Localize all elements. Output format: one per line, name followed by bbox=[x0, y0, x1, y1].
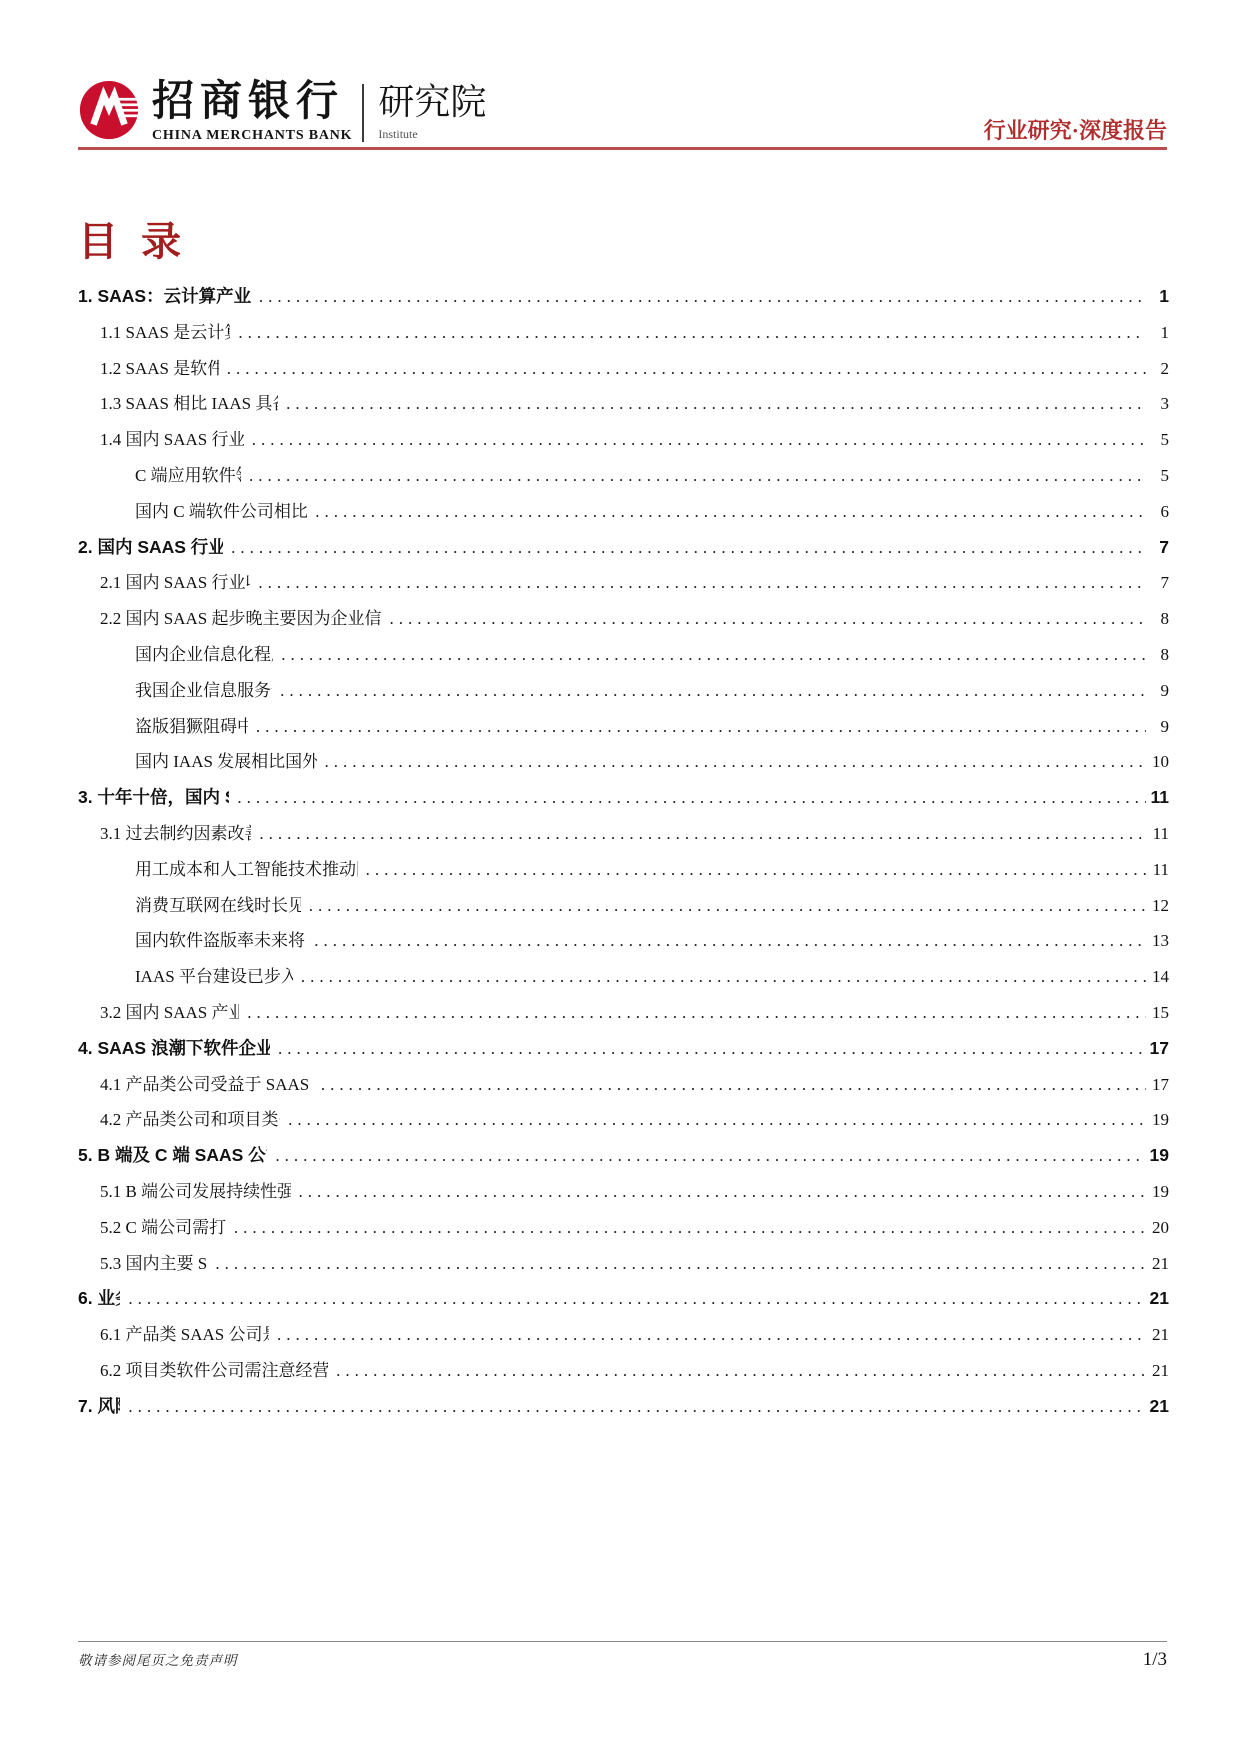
dot-leader bbox=[128, 1389, 1144, 1425]
toc-entry-page: 5 bbox=[1151, 458, 1169, 494]
toc-title: 目 录 bbox=[78, 222, 187, 262]
toc-entry-label: 消费互联网在线时长见顶，更多资金人才关注产业互联网 bbox=[135, 888, 301, 924]
dot-leader bbox=[238, 315, 1146, 351]
toc-entry[interactable]: 1.4 国内 SAAS 行业主要机会集中在 TO B 领域5 bbox=[78, 422, 1169, 458]
toc-entry-label: 1.1 SAAS 是云计算产业中 IAAS 层的下游 bbox=[100, 315, 230, 351]
toc-entry[interactable]: 3.2 国内 SAAS 产业空间巨大，十年或将十倍15 bbox=[78, 995, 1169, 1031]
toc-entry-label: 6.2 项目类软件公司需注意经营风险，优选和核心 SAAS 企业合作深入的公司合… bbox=[100, 1353, 328, 1389]
toc-entry-page: 6 bbox=[1151, 494, 1169, 530]
toc-entry[interactable]: 4.2 产品类公司和项目类公司可通过毛利率和研发投入率判断19 bbox=[78, 1102, 1169, 1138]
toc-entry-label: 7. 风险提示 bbox=[78, 1389, 120, 1425]
toc-list: 1. SAAS：云计算产业下游，软件行业发展的必经之路11.1 SAAS 是云计… bbox=[78, 279, 1169, 1425]
toc-entry-label: 5.2 C 端公司需打磨产品，培养用户习惯 bbox=[100, 1210, 226, 1246]
toc-entry-page: 8 bbox=[1151, 637, 1169, 673]
toc-entry-page: 19 bbox=[1150, 1138, 1169, 1174]
page-header: 招商银行 CHINA MERCHANTS BANK 研究院 Institute … bbox=[78, 74, 1167, 146]
toc-entry[interactable]: IAAS 平台建设已步入收获期，新基建政策是长期保障14 bbox=[78, 959, 1169, 995]
toc-entry-label: C 端应用软件领域有限，赢家通吃 bbox=[135, 458, 241, 494]
toc-entry-page: 11 bbox=[1151, 780, 1170, 816]
dot-leader bbox=[309, 888, 1146, 924]
toc-entry[interactable]: 1.2 SAAS 是软件行业发展的高级阶段2 bbox=[78, 351, 1169, 387]
toc-entry-page: 2 bbox=[1151, 351, 1169, 387]
toc-entry-label: 1.4 国内 SAAS 行业主要机会集中在 TO B 领域 bbox=[100, 422, 244, 458]
toc-entry-page: 20 bbox=[1151, 1210, 1169, 1246]
dot-leader bbox=[247, 995, 1146, 1031]
dot-leader bbox=[280, 673, 1146, 709]
toc-entry-page: 1 bbox=[1151, 315, 1169, 351]
toc-entry[interactable]: 消费互联网在线时长见顶，更多资金人才关注产业互联网12 bbox=[78, 888, 1169, 924]
toc-entry[interactable]: 用工成本和人工智能技术推动国内企业信息化程度长期持续提升，疫情是加速因素11 bbox=[78, 852, 1169, 888]
toc-entry-page: 10 bbox=[1151, 744, 1169, 780]
report-type-label: 行业研究·深度报告 bbox=[984, 114, 1167, 146]
footer-disclaimer: 敬请参阅尾页之免责声明 bbox=[78, 1649, 238, 1669]
dot-leader bbox=[286, 386, 1146, 422]
dot-leader bbox=[237, 780, 1145, 816]
toc-entry[interactable]: 国内软件盗版率未来将长期下降，知识产权保护是核心助力13 bbox=[78, 923, 1169, 959]
toc-entry[interactable]: 1. SAAS：云计算产业下游，软件行业发展的必经之路1 bbox=[78, 279, 1169, 315]
dot-leader bbox=[314, 923, 1146, 959]
document-page: 招商银行 CHINA MERCHANTS BANK 研究院 Institute … bbox=[0, 0, 1241, 1755]
toc-entry-page: 14 bbox=[1151, 959, 1169, 995]
toc-entry-label: 3.2 国内 SAAS 产业空间巨大，十年或将十倍 bbox=[100, 995, 239, 1031]
dot-leader bbox=[366, 852, 1146, 888]
header-rule bbox=[78, 147, 1167, 150]
dot-leader bbox=[301, 959, 1146, 995]
toc-entry[interactable]: 1.3 SAAS 相比 IAAS 具备行业分散度高，且附加值高的特性3 bbox=[78, 386, 1169, 422]
toc-entry[interactable]: 3.1 过去制约因素改善，国内 SAAS 发展迎来转机11 bbox=[78, 816, 1169, 852]
dot-leader bbox=[325, 744, 1147, 780]
toc-entry-label: 4.1 产品类公司受益于 SAAS 化转型，项目类公司需加强和核心企业的合作 bbox=[100, 1067, 313, 1103]
bank-name-block: 招商银行 CHINA MERCHANTS BANK bbox=[152, 81, 352, 144]
footer-page-indicator: 1/3 bbox=[1143, 1649, 1167, 1671]
toc-entry[interactable]: 6.1 产品类 SAAS 公司是银行的长期优质战略性合作伙伴21 bbox=[78, 1317, 1169, 1353]
toc-entry-page: 21 bbox=[1151, 1246, 1169, 1282]
dot-leader bbox=[231, 530, 1146, 566]
toc-entry[interactable]: 6.2 项目类软件公司需注意经营风险，优选和核心 SAAS 企业合作深入的公司合… bbox=[78, 1353, 1169, 1389]
toc-entry-label: 4.2 产品类公司和项目类公司可通过毛利率和研发投入率判断 bbox=[100, 1102, 280, 1138]
bank-name-cn: 招商银行 bbox=[152, 81, 352, 123]
toc-entry-page: 21 bbox=[1151, 1317, 1169, 1353]
toc-entry-label: 国内软件盗版率未来将长期下降，知识产权保护是核心助力 bbox=[135, 923, 306, 959]
toc-entry[interactable]: 国内 C 端软件公司相比国外十分弱小，竞争力提升难度较大6 bbox=[78, 494, 1169, 530]
toc-entry-label: 4. SAAS 浪潮下软件企业将进一步分化，产品类公司更为受益 bbox=[78, 1031, 270, 1067]
dot-leader bbox=[390, 601, 1147, 637]
dot-leader bbox=[299, 1174, 1146, 1210]
toc-entry[interactable]: 国内 IAAS 发展相比国外落后至少五年，也阻碍了 SAAS 的发展10 bbox=[78, 744, 1169, 780]
toc-entry[interactable]: 盗版猖獗阻碍中小企业软件服务发展9 bbox=[78, 709, 1169, 745]
toc-entry-label: 1.3 SAAS 相比 IAAS 具备行业分散度高，且附加值高的特性 bbox=[100, 386, 278, 422]
institute-name-en: Institute bbox=[378, 127, 486, 142]
dot-leader bbox=[249, 458, 1146, 494]
toc-entry[interactable]: 4. SAAS 浪潮下软件企业将进一步分化，产品类公司更为受益17 bbox=[78, 1031, 1169, 1067]
toc-entry-label: IAAS 平台建设已步入收获期，新基建政策是长期保障 bbox=[135, 959, 293, 995]
toc-entry-label: 6.1 产品类 SAAS 公司是银行的长期优质战略性合作伙伴 bbox=[100, 1317, 269, 1353]
toc-entry-page: 21 bbox=[1150, 1281, 1169, 1317]
dot-leader bbox=[252, 422, 1146, 458]
institute-block: 研究院 Institute bbox=[378, 84, 486, 142]
toc-entry-label: 5.3 国内主要 SAAS 公司综合评价 bbox=[100, 1246, 207, 1282]
toc-entry[interactable]: 2.2 国内 SAAS 起步晚主要因为企业信息化程度低、BC 端软件企业发展慢以… bbox=[78, 601, 1169, 637]
toc-entry-page: 8 bbox=[1151, 601, 1169, 637]
toc-entry-label: 国内 C 端软件公司相比国外十分弱小，竞争力提升难度较大 bbox=[135, 494, 307, 530]
toc-entry[interactable]: 6. 业务建议21 bbox=[78, 1281, 1169, 1317]
institute-name-cn: 研究院 bbox=[378, 84, 486, 120]
toc-entry-page: 12 bbox=[1151, 888, 1169, 924]
dot-leader bbox=[215, 1246, 1146, 1282]
toc-entry-page: 9 bbox=[1151, 709, 1169, 745]
toc-entry-label: 5. B 端及 C 端 SAAS 公司具备不同发展特性，可多维度评价 bbox=[78, 1138, 267, 1174]
toc-entry-label: 我国企业信息服务领域相对消费领域滞后明显 bbox=[135, 673, 272, 709]
header-divider bbox=[362, 84, 364, 142]
toc-entry-page: 21 bbox=[1150, 1389, 1169, 1425]
toc-entry-page: 9 bbox=[1151, 673, 1169, 709]
toc-entry-page: 15 bbox=[1151, 995, 1169, 1031]
toc-entry-label: 用工成本和人工智能技术推动国内企业信息化程度长期持续提升，疫情是加速因素 bbox=[135, 852, 358, 888]
toc-entry[interactable]: 我国企业信息服务领域相对消费领域滞后明显9 bbox=[78, 673, 1169, 709]
toc-entry-label: 2.1 国内 SAAS 行业收入相比 IAAS 显著低于国外 bbox=[100, 565, 250, 601]
bank-name-en: CHINA MERCHANTS BANK bbox=[152, 128, 352, 144]
bank-brand: 招商银行 CHINA MERCHANTS BANK 研究院 Institute bbox=[78, 79, 486, 146]
toc-entry-page: 11 bbox=[1151, 852, 1169, 888]
toc-entry[interactable]: 5. B 端及 C 端 SAAS 公司具备不同发展特性，可多维度评价19 bbox=[78, 1138, 1169, 1174]
toc-entry[interactable]: 4.1 产品类公司受益于 SAAS 化转型，项目类公司需加强和核心企业的合作17 bbox=[78, 1067, 1169, 1103]
dot-leader bbox=[278, 1031, 1145, 1067]
toc-entry-label: 3.1 过去制约因素改善，国内 SAAS 发展迎来转机 bbox=[100, 816, 251, 852]
toc-entry[interactable]: 7. 风险提示21 bbox=[78, 1389, 1169, 1425]
toc-entry-page: 3 bbox=[1151, 386, 1169, 422]
toc-entry-page: 7 bbox=[1151, 565, 1169, 601]
toc-entry[interactable]: 1.1 SAAS 是云计算产业中 IAAS 层的下游1 bbox=[78, 315, 1169, 351]
dot-leader bbox=[275, 1138, 1144, 1174]
toc-entry-page: 19 bbox=[1151, 1102, 1169, 1138]
dot-leader bbox=[336, 1353, 1146, 1389]
dot-leader bbox=[234, 1210, 1146, 1246]
page-footer: 敬请参阅尾页之免责声明 1/3 bbox=[78, 1641, 1167, 1671]
toc-entry-label: 国内企业信息化程度低，IT 支出大幅低于国外 bbox=[135, 637, 273, 673]
toc-entry-page: 11 bbox=[1151, 816, 1169, 852]
toc-entry-label: 2.2 国内 SAAS 起步晚主要因为企业信息化程度低、BC 端软件企业发展慢以… bbox=[100, 601, 382, 637]
toc-entry-page: 7 bbox=[1151, 530, 1169, 566]
toc-entry[interactable]: 3. 十年十倍，国内 SAAS 发展将迎来黄金十年11 bbox=[78, 780, 1169, 816]
toc-entry-page: 21 bbox=[1151, 1353, 1169, 1389]
toc-entry-label: 1.2 SAAS 是软件行业发展的高级阶段 bbox=[100, 351, 219, 387]
toc-entry-page: 19 bbox=[1151, 1174, 1169, 1210]
toc-entry-label: 盗版猖獗阻碍中小企业软件服务发展 bbox=[135, 709, 248, 745]
dot-leader bbox=[259, 816, 1146, 852]
toc-entry[interactable]: 5.1 B 端公司发展持续性强，关键在产品线完善及 PAAS 平台建设19 bbox=[78, 1174, 1169, 1210]
dot-leader bbox=[277, 1317, 1146, 1353]
dot-leader bbox=[315, 494, 1146, 530]
dot-leader bbox=[258, 565, 1146, 601]
toc-entry[interactable]: 5.3 国内主要 SAAS 公司综合评价21 bbox=[78, 1246, 1169, 1282]
toc-entry-label: 2. 国内 SAAS 行业相比国外还处于发展初期 bbox=[78, 530, 223, 566]
toc-entry[interactable]: C 端应用软件领域有限，赢家通吃5 bbox=[78, 458, 1169, 494]
toc-entry-label: 5.1 B 端公司发展持续性强，关键在产品线完善及 PAAS 平台建设 bbox=[100, 1174, 291, 1210]
toc-entry-page: 17 bbox=[1150, 1031, 1169, 1067]
dot-leader bbox=[288, 1102, 1146, 1138]
toc-entry-page: 1 bbox=[1151, 279, 1169, 315]
dot-leader bbox=[256, 709, 1146, 745]
toc-entry-label: 国内 IAAS 发展相比国外落后至少五年，也阻碍了 SAAS 的发展 bbox=[135, 744, 317, 780]
dot-leader bbox=[321, 1067, 1146, 1103]
toc-entry-label: 1. SAAS：云计算产业下游，软件行业发展的必经之路 bbox=[78, 279, 251, 315]
dot-leader bbox=[227, 351, 1146, 387]
toc-entry-page: 13 bbox=[1151, 923, 1169, 959]
cmb-logo-icon bbox=[78, 79, 140, 146]
toc-entry[interactable]: 2.1 国内 SAAS 行业收入相比 IAAS 显著低于国外7 bbox=[78, 565, 1169, 601]
dot-leader bbox=[128, 1281, 1144, 1317]
toc-entry-label: 3. 十年十倍，国内 SAAS 发展将迎来黄金十年 bbox=[78, 780, 229, 816]
toc-entry-label: 6. 业务建议 bbox=[78, 1281, 120, 1317]
toc-entry-page: 17 bbox=[1151, 1067, 1169, 1103]
dot-leader bbox=[281, 637, 1146, 673]
dot-leader bbox=[259, 279, 1146, 315]
toc-entry[interactable]: 国内企业信息化程度低，IT 支出大幅低于国外8 bbox=[78, 637, 1169, 673]
toc-entry-page: 5 bbox=[1151, 422, 1169, 458]
toc-entry[interactable]: 2. 国内 SAAS 行业相比国外还处于发展初期7 bbox=[78, 530, 1169, 566]
toc-entry[interactable]: 5.2 C 端公司需打磨产品，培养用户习惯20 bbox=[78, 1210, 1169, 1246]
